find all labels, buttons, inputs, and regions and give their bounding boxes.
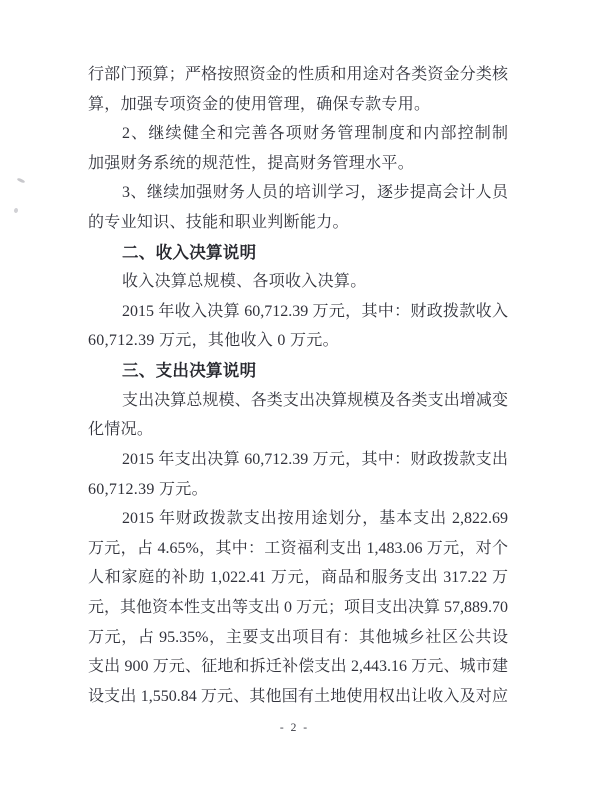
body-text-line: 支出 900 万元、征地和拆迁补偿支出 2,443.16 万元、城市建 (88, 652, 508, 682)
body-text-line: 收入决算总规模、各项收入决算。 (88, 267, 508, 297)
body-text-line: 2、继续健全和完善各项财务管理制度和内部控制制度， (88, 119, 508, 149)
body-text-line: 2015 年财政拨款支出按用途划分，基本支出 2,822.69 (88, 504, 508, 534)
scan-speck-icon (17, 178, 26, 184)
body-text-line: 元，其他资本性支出等支出 0 万元；项目支出决算 57,889.70 (88, 593, 508, 623)
body-text-line: 3、继续加强财务人员的培训学习，逐步提高会计人员 (88, 178, 508, 208)
body-text-line: 化情况。 (88, 415, 508, 445)
body-text-line: 人和家庭的补助 1,022.41 万元，商品和服务支出 317.22 万 (88, 563, 508, 593)
body-text-line: 2015 年收入决算 60,712.39 万元，其中：财政拨款收入 (88, 297, 508, 327)
body-text-line: 60,712.39 万元。 (88, 475, 508, 505)
body-text-line: 万元，占 95.35%，主要支出项目有：其他城乡社区公共设施 (88, 623, 508, 653)
page-number: - 2 - (0, 722, 589, 734)
body-text-line: 60,712.39 万元，其他收入 0 万元。 (88, 326, 508, 356)
body-text-line: 2015 年支出决算 60,712.39 万元，其中：财政拨款支出 (88, 445, 508, 475)
body-text-line: 加强财务系统的规范性，提高财务管理水平。 (88, 149, 508, 179)
section-heading-line: 二、收入决算说明 (88, 238, 508, 268)
body-text-line: 算，加强专项资金的使用管理，确保专款专用。 (88, 90, 508, 120)
section-heading-line: 三、支出决算说明 (88, 356, 508, 386)
scan-speck-icon (14, 208, 19, 214)
body-text-line: 支出决算总规模、各类支出决算规模及各类支出增减变 (88, 386, 508, 416)
body-text-line: 万元，占 4.65%，其中：工资福利支出 1,483.06 万元，对个 (88, 534, 508, 564)
body-text-line: 的专业知识、技能和职业判断能力。 (88, 208, 508, 238)
body-text-line: 设支出 1,550.84 万元、其他国有土地使用权出让收入及对应 (88, 682, 508, 712)
document-body: 行部门预算；严格按照资金的性质和用途对各类资金分类核算，加强专项资金的使用管理，… (88, 60, 508, 711)
scanned-document-page: 行部门预算；严格按照资金的性质和用途对各类资金分类核算，加强专项资金的使用管理，… (0, 0, 589, 800)
body-text-line: 行部门预算；严格按照资金的性质和用途对各类资金分类核 (88, 60, 508, 90)
